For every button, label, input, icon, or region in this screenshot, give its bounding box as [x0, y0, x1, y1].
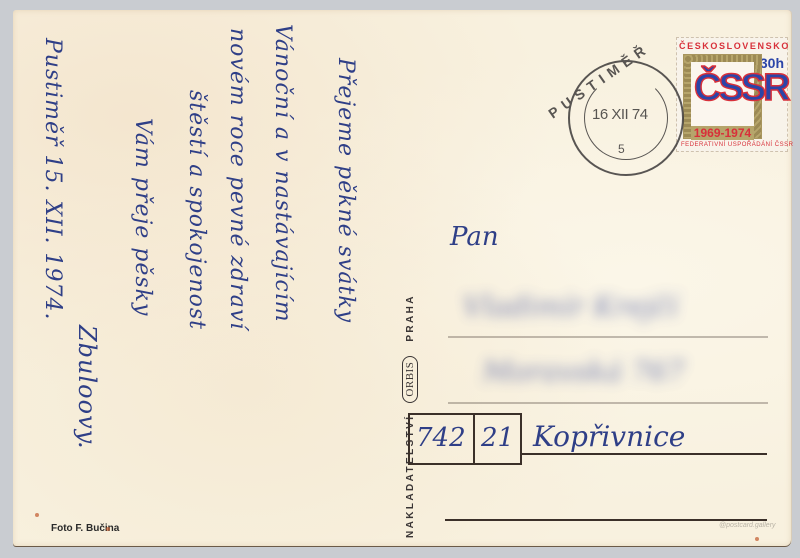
zip-part-2: 21	[481, 423, 514, 453]
message-line-1: Přejeme pěkné svátky	[333, 58, 358, 323]
signature: Zbuloovy.	[73, 325, 101, 450]
message-line-5: Vám přeje pěsky	[130, 118, 155, 316]
recipient-street-redacted: Moravská 767	[483, 355, 685, 388]
address-line-3	[520, 453, 767, 455]
recipient-city: Kopřivnice	[533, 420, 685, 453]
salutation: Pan	[450, 222, 499, 252]
recipient-name-redacted: Vladimír Krejčí	[463, 290, 678, 323]
stamp-years: 1969-1974	[691, 126, 754, 140]
zip-part-1: 742	[416, 423, 466, 453]
message-line-3: novém roce pevné zdraví	[225, 28, 250, 330]
postage-stamp: ČESKOSLOVENSKO 30h ČSSR 1969-1974 FEDERA…	[676, 37, 788, 152]
watermark: @postcard.gallery	[719, 522, 776, 529]
postmark-date: 16 XII 74	[592, 106, 648, 123]
place-date: Pustiměř 15. XII. 1974.	[40, 38, 65, 321]
address-line-4	[445, 519, 767, 521]
ink-spot	[755, 537, 759, 541]
postmark-icon: PUSTIMĚŘ 16 XII 74 5	[568, 60, 684, 176]
address-line-1	[448, 336, 768, 338]
zip-box-2: 21	[473, 413, 522, 465]
orbis-logo: ORBIS	[402, 356, 418, 403]
postmark-number: 5	[618, 142, 625, 156]
stamp-caption: FEDERATIVNÍ USPOŘÁDÁNÍ ČSSR	[681, 142, 793, 148]
stamp-country: ČESKOSLOVENSKO	[679, 41, 790, 51]
stamp-title: ČSSR	[694, 68, 788, 108]
ink-spot	[35, 513, 39, 517]
ink-spot	[106, 527, 110, 531]
message-line-2: Vánoční a v nastávajícím	[270, 24, 295, 323]
address-line-2	[448, 402, 768, 404]
zip-box-1: 742	[408, 413, 475, 465]
publisher-city: PRAHA	[405, 294, 416, 342]
message-line-4: štěstí a spokojenost	[184, 90, 209, 330]
stamp-leaf-frame: ČSSR 1969-1974	[683, 54, 762, 139]
postcard: Přejeme pěkné svátky Vánoční a v nastáva…	[13, 10, 791, 546]
